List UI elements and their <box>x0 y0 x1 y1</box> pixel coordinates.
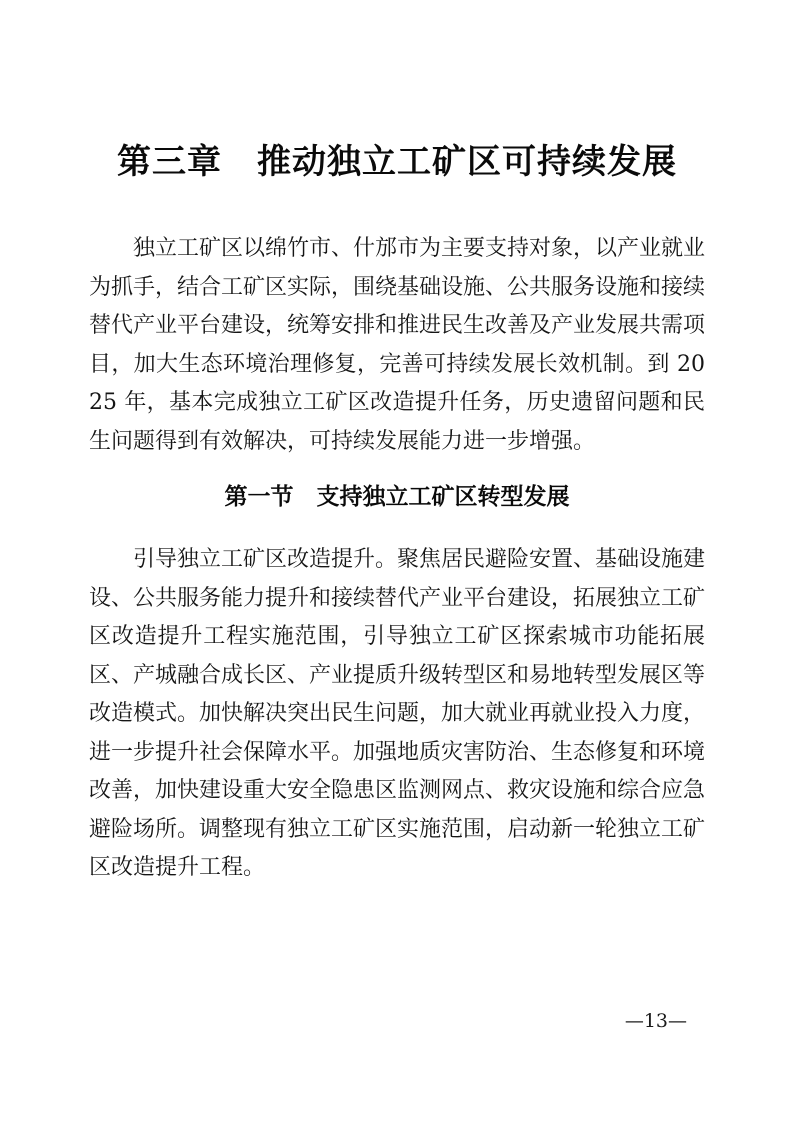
chapter-title: 第三章 推动独立工矿区可持续发展 <box>89 138 705 186</box>
document-page: 第三章 推动独立工矿区可持续发展 独立工矿区以绵竹市、什邡市为主要支持对象，以产… <box>0 0 793 1122</box>
body-paragraph-1: 独立工矿区以绵竹市、什邡市为主要支持对象，以产业就业为抓手，结合工矿区实际，围绕… <box>89 230 705 461</box>
text-column: 第三章 推动独立工矿区可持续发展 独立工矿区以绵竹市、什邡市为主要支持对象，以产… <box>89 0 705 888</box>
page-number: —13— <box>625 1010 687 1032</box>
section-heading: 第一节 支持独立工矿区转型发展 <box>89 482 705 512</box>
body-paragraph-2: 引导独立工矿区改造提升。聚焦居民避险安置、基础设施建设、公共服务能力提升和接续替… <box>89 541 705 888</box>
